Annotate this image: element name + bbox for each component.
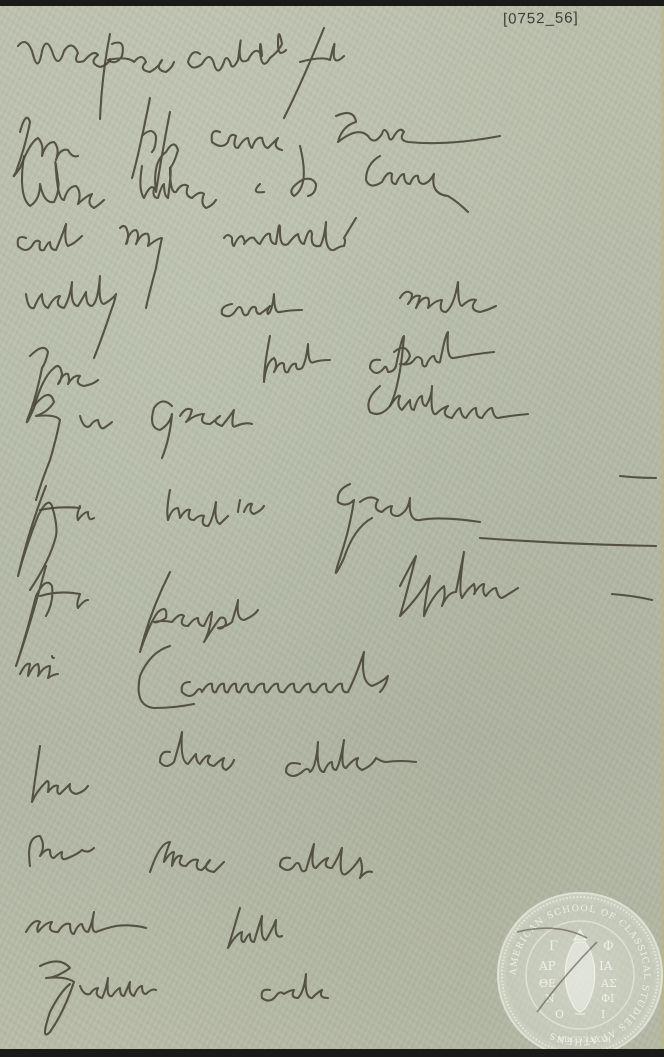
seal-letter: ΦΙ (601, 992, 614, 1005)
seal-letter: Φ (603, 939, 614, 954)
seal-letter: ΑΣ (600, 977, 617, 990)
seal-letter: ΑΡ (538, 959, 556, 973)
seal-letter: ΙΑ (599, 959, 613, 973)
seal-letter: Γ (549, 939, 558, 954)
embossed-seal: AMERICAN SCHOOL OF CLASSICAL STUDIES AT … (497, 892, 663, 1049)
seal-emblem-icon: AMERICAN SCHOOL OF CLASSICAL STUDIES AT … (497, 892, 663, 1049)
manuscript-page: [0752_56] were prescribed for me by some… (0, 6, 664, 1049)
seal-letter: Ι (601, 1008, 605, 1021)
seal-date-text: MDCCCLXXXII (557, 1036, 611, 1044)
seal-letter: ΘΕ (539, 977, 556, 990)
seal-letter: Ο (555, 1008, 564, 1021)
